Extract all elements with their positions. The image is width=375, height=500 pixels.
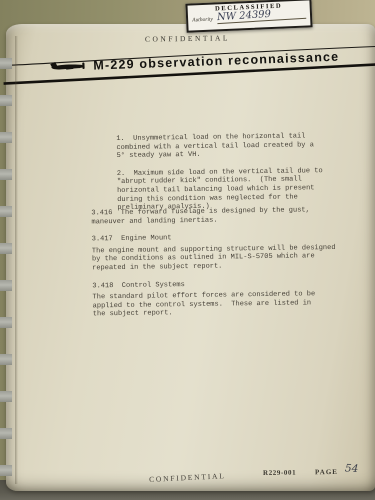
- section-3-418-heading: 3.418 Control Systems: [92, 279, 337, 291]
- section-3-416: 3.416 The forward fuselage is designed b…: [91, 206, 336, 227]
- section-3-417-text: The engine mount and supporting structur…: [92, 244, 337, 273]
- numbered-list: 1. Unsymmetrical load on the horizontal …: [116, 132, 332, 213]
- aircraft-silhouette-icon: [49, 59, 85, 74]
- report-sections: 3.416 The forward fuselage is designed b…: [91, 206, 338, 319]
- declassified-stamp: DECLASSIFIED Authority NW 24399: [185, 0, 312, 33]
- document-page: CONFIDENTIAL M-229 observation reconnais…: [6, 24, 375, 491]
- authority-label: Authority: [192, 17, 213, 25]
- footer-classification-label: CONFIDENTIAL: [149, 471, 226, 484]
- list-item-1: 1. Unsymmetrical load on the horizontal …: [116, 132, 331, 161]
- section-3-418: 3.418 Control Systems The standard pilot…: [92, 279, 337, 320]
- section-3-417: 3.417 Engine Mount The engine mount and …: [92, 232, 337, 273]
- section-3-418-text: The standard pilot effort forces are con…: [92, 290, 337, 319]
- title-banner: M-229 observation reconnaissance: [3, 43, 373, 88]
- report-number: R229-001: [263, 469, 296, 477]
- section-3-416-text: 3.416 The forward fuselage is designed b…: [91, 206, 336, 227]
- page-label: PAGE: [315, 468, 338, 476]
- binding-shadow: [15, 36, 18, 484]
- page-content: CONFIDENTIAL M-229 observation reconnais…: [3, 21, 375, 493]
- handwritten-page-number: 54: [345, 462, 359, 475]
- scanned-document-photo: CONFIDENTIAL M-229 observation reconnais…: [0, 0, 375, 500]
- section-3-417-heading: 3.417 Engine Mount: [92, 232, 337, 244]
- comb-binding: [0, 58, 12, 478]
